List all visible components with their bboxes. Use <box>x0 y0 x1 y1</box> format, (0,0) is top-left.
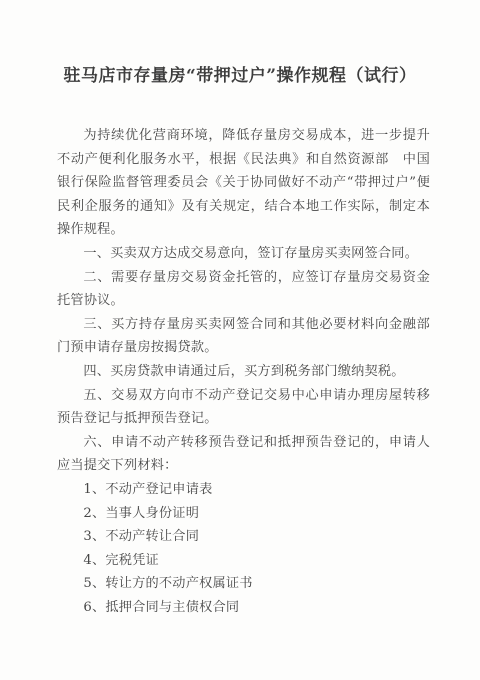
material-item-3: 3、不动产转让合同 <box>57 525 430 549</box>
material-item-6: 6、抵押合同与主债权合同 <box>57 596 430 620</box>
clause-5: 五、交易双方向市不动产登记交易中心申请办理房屋转移预告登记与抵押预告登记。 <box>57 384 430 431</box>
clause-4: 四、买房贷款申请通过后，买方到税务部门缴纳契税。 <box>57 360 430 384</box>
document-page: 驻马店市存量房“带押过户”操作规程（试行） 为持续优化营商环境，降低存量房交易成… <box>0 0 480 680</box>
material-item-1: 1、不动产登记申请表 <box>57 478 430 502</box>
material-item-2: 2、当事人身份证明 <box>57 502 430 526</box>
document-body: 为持续优化营商环境，降低存量房交易成本，进一步提升不动产便利化服务水平，根据《民… <box>57 124 430 619</box>
clause-2: 二、需要存量房交易资金托管的，应签订存量房交易资金托管协议。 <box>57 266 430 313</box>
clause-1: 一、买卖双方达成交易意向，签订存量房买卖网签合同。 <box>57 242 430 266</box>
document-title: 驻马店市存量房“带押过户”操作规程（试行） <box>20 64 460 88</box>
clause-6: 六、申请不动产转移预告登记和抵押预告登记的，申请人应当提交下列材料： <box>57 431 430 478</box>
paragraph-intro: 为持续优化营商环境，降低存量房交易成本，进一步提升不动产便利化服务水平，根据《民… <box>57 124 430 242</box>
material-item-5: 5、转让方的不动产权属证书 <box>57 572 430 596</box>
clause-3: 三、买方持存量房买卖网签合同和其他必要材料向金融部门预申请存量房按揭贷款。 <box>57 313 430 360</box>
material-item-4: 4、完税凭证 <box>57 549 430 573</box>
